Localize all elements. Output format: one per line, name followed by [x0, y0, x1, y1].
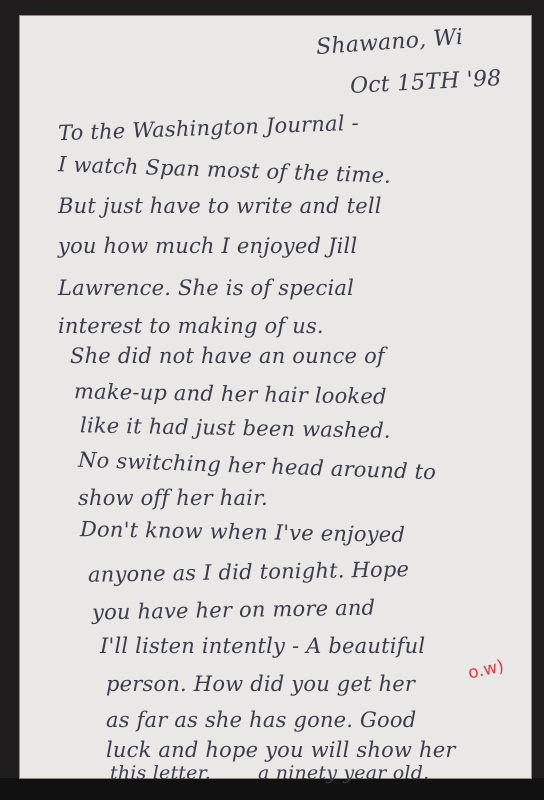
letter-page: Shawano, Wi Oct 15TH '98 To the Washingt…	[20, 16, 531, 778]
letter-line: you how much I enjoyed Jill	[58, 234, 357, 258]
letter-line: you have her on more and	[92, 596, 376, 625]
letter-line: I watch Span most of the time.	[58, 152, 392, 188]
letter-line: Don't know when I've enjoyed	[80, 517, 405, 547]
letter-line: show off her hair.	[78, 486, 268, 510]
letter-closing: this letter.	[110, 762, 211, 784]
letter-signature-note: a ninety year old.	[258, 762, 429, 784]
letter-line: interest to making of us.	[58, 314, 324, 338]
letter-date: Oct 15TH '98	[349, 66, 502, 99]
letter-line: Lawrence. She is of special	[58, 276, 354, 300]
letter-line: person. How did you get her	[106, 672, 415, 696]
letter-line: She did not have an ounce of	[70, 344, 385, 368]
letter-line: But just have to write and tell	[58, 194, 382, 218]
letter-line: I'll listen intently - A beautiful	[100, 634, 425, 658]
letter-line: anyone as I did tonight. Hope	[88, 557, 409, 587]
letter-line: as far as she has gone. Good	[106, 708, 416, 732]
red-annotation: o.w)	[466, 656, 505, 683]
letter-line: No switching her head around to	[78, 448, 437, 484]
letter-salutation: To the Washington Journal -	[58, 111, 360, 145]
letter-line: luck and hope you will show her	[106, 738, 456, 762]
letter-line: like it had just been washed.	[80, 413, 391, 442]
letter-line: make-up and her hair looked	[74, 379, 387, 408]
letter-location: Shawano, Wi	[315, 25, 464, 60]
